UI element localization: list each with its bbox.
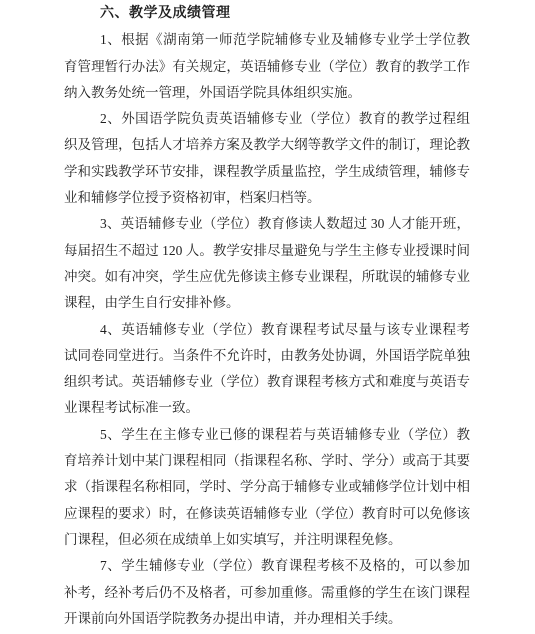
section-heading: 六、教学及成绩管理 <box>64 1 470 27</box>
paragraph-7: 7、学生辅修专业（学位）教育课程考核不及格的，可以参加补考，经补考后仍不及格者，… <box>64 553 470 632</box>
paragraph-3: 3、英语辅修专业（学位）教育修读人数超过 30 人才能开班，每届招生不超过 12… <box>64 211 470 316</box>
paragraph-1: 1、根据《湖南第一师范学院辅修专业及辅修专业学士学位教育管理暂行办法》有关规定，… <box>64 27 470 106</box>
paragraph-4: 4、英语辅修专业（学位）教育课程考试尽量与该专业课程考试同卷同堂进行。当条件不允… <box>64 317 470 422</box>
document-text-block: 六、教学及成绩管理 1、根据《湖南第一师范学院辅修专业及辅修专业学士学位教育管理… <box>64 1 470 632</box>
paragraph-5: 5、学生在主修专业已修的课程若与英语辅修专业（学位）教育培养计划中某门课程相同（… <box>64 422 470 553</box>
paragraph-2: 2、外国语学院负责英语辅修专业（学位）教育的教学过程组织及管理，包括人才培养方案… <box>64 106 470 211</box>
document-page: 六、教学及成绩管理 1、根据《湖南第一师范学院辅修专业及辅修专业学士学位教育管理… <box>0 0 535 634</box>
